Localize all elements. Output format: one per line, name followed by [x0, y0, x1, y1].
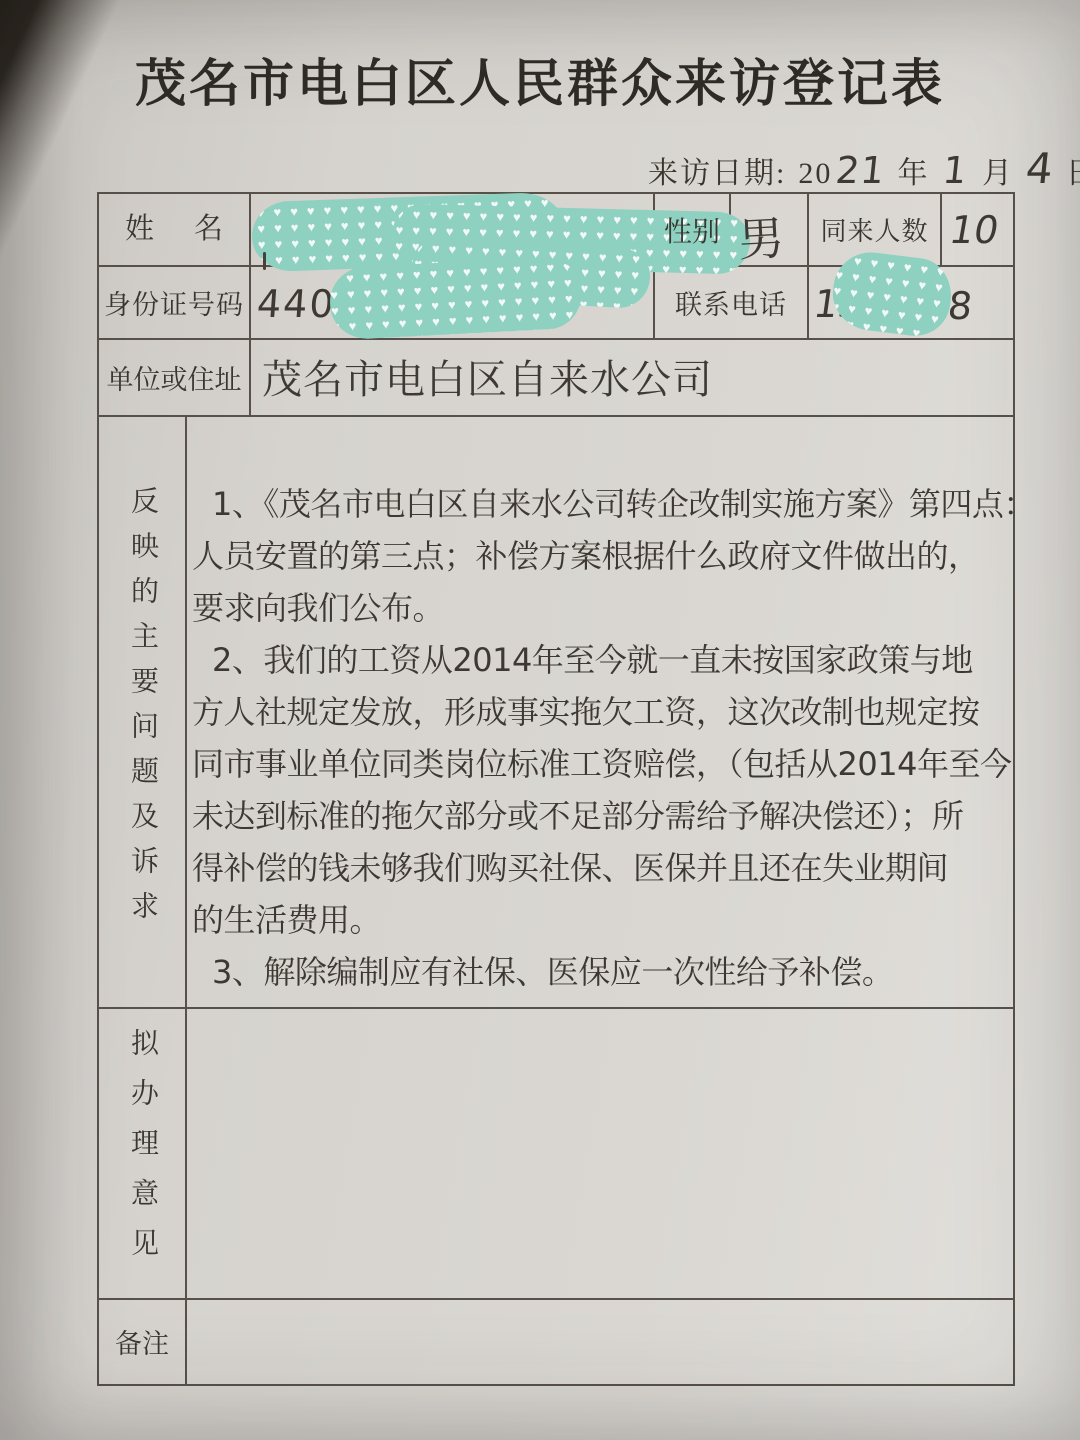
issue-line: 同市事业单位同类岗位标准工资赔偿，（包括从2014年至今 — [192, 738, 1010, 790]
table-border — [185, 415, 187, 1384]
table-border — [97, 415, 1015, 417]
form-title: 茂名市电白区人民群众来访登记表 — [0, 42, 1080, 116]
issue-line: 3、解除编制应有社保、医保应一次性给予补偿。 — [192, 946, 1010, 998]
visit-date-month-handwritten: 1 — [941, 149, 970, 192]
visit-date-year-printed: 20 — [798, 157, 832, 191]
name-handwriting-peek — [263, 252, 266, 270]
table-border — [97, 1384, 1015, 1386]
name-label: 姓名 — [99, 194, 249, 265]
address-value-handwritten: 茂名市电白区自来水公司 — [262, 348, 713, 405]
gender-label: 性别 — [655, 194, 729, 265]
table-border — [249, 192, 251, 415]
visit-date-month-unit: 月 — [982, 148, 1014, 192]
issue-line: 人员安置的第三点；补偿方案根据什么政府文件做出的， — [192, 530, 1010, 582]
issue-line: 要求向我们公布。 — [192, 582, 1010, 634]
companions-value-handwritten: 10 — [946, 208, 1002, 252]
visit-date-day-unit: 日 — [1066, 148, 1080, 192]
issue-line: 得补偿的钱未够我们购买社保、医保并且还在失业期间 — [192, 842, 1010, 894]
opinion-section-label-cell: 拟办理意见 — [99, 1009, 185, 1296]
table-border — [97, 1007, 1015, 1009]
issue-line: 未达到标准的拖欠部分或不足部分需给予解决偿还）；所 — [192, 790, 1010, 842]
table-border — [940, 192, 942, 265]
gender-value-handwritten: 男 — [736, 202, 785, 270]
registration-form-photo: 茂名市电白区人民群众来访登记表 来访日期: 20 21 年 1 月 4 日 姓名… — [0, 0, 1080, 1440]
visit-date-label: 来访日期: — [648, 148, 786, 192]
visit-date-year-handwritten: 21 — [834, 149, 888, 192]
table-border — [97, 1298, 1015, 1300]
issues-section-label-cell: 反映的主要问题及诉求 — [99, 417, 185, 1005]
issue-line: 2、我们的工资从2014年至今就一直未按国家政策与地 — [192, 634, 1010, 686]
issue-line: 方人社规定发放，形成事实拖欠工资，这次改制也规定按 — [192, 686, 1010, 738]
visit-date-year-unit: 年 — [897, 148, 929, 192]
issues-section-label: 反映的主要问题及诉求 — [122, 486, 162, 936]
issue-line: 的生活费用。 — [192, 894, 1010, 946]
visit-date-line: 来访日期: 20 21 年 1 月 4 日 — [648, 144, 1080, 193]
phone-label: 联系电话 — [655, 267, 807, 338]
opinion-section-label: 拟办理意见 — [122, 1028, 162, 1278]
issues-content: 1、《茂名市电白区自来水公司转企改制实施方案》第四点：人员安置的第三点；补偿方案… — [192, 478, 1010, 998]
id-number-label: 身份证号码 — [99, 267, 249, 338]
table-border — [1013, 192, 1015, 1386]
address-label: 单位或住址 — [99, 340, 249, 415]
visit-date-day-handwritten: 4 — [1023, 144, 1056, 193]
issue-line: 1、《茂名市电白区自来水公司转企改制实施方案》第四点： — [192, 478, 1010, 530]
id-number-redaction-sticker: ♥♥♥♥♥♥♥♥♥♥♥♥♥♥♥♥♥♥♥♥♥♥♥♥♥♥♥♥♥♥♥♥♥♥♥♥♥♥♥♥… — [328, 255, 583, 340]
remarks-label: 备注 — [99, 1300, 185, 1382]
